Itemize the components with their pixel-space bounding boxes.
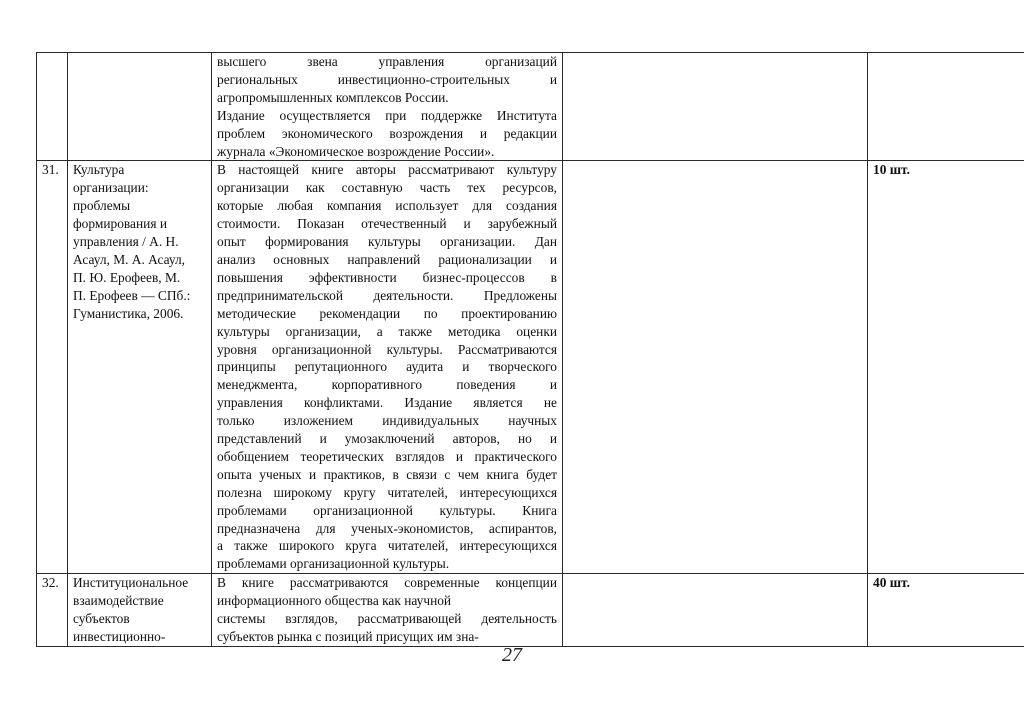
book-description-cell: В настоящей книге авторы рассматривают к… bbox=[212, 161, 563, 574]
description-line: предпринимательской деятельности. Предло… bbox=[217, 287, 557, 305]
row-number: 32. bbox=[37, 574, 68, 647]
description-line: проблемами организационной культуры. Кни… bbox=[217, 502, 557, 520]
description-line: методические рекомендации по проектирова… bbox=[217, 305, 557, 323]
description-line: информационного общества как научной bbox=[217, 592, 557, 610]
book-title-line: Асаул, М. А. Асаул, bbox=[73, 251, 206, 269]
description-line: принципы репутационного аудита и творчес… bbox=[217, 358, 557, 376]
book-description-cell: высшего звена управления организацийреги… bbox=[212, 53, 563, 161]
book-title-line: проблемы bbox=[73, 197, 206, 215]
quantity-cell: 40 шт. bbox=[868, 574, 1024, 647]
note-cell bbox=[563, 53, 868, 161]
description-line: организации как составную часть тех ресу… bbox=[217, 179, 557, 197]
description-line: а также широкого круга читателей, интере… bbox=[217, 537, 557, 555]
description-line: агропромышленных комплексов России. bbox=[217, 89, 557, 107]
book-title-line: управления / А. Н. bbox=[73, 233, 206, 251]
book-title-cell: Культураорганизации:проблемыформирования… bbox=[68, 161, 212, 574]
book-title-line: субъектов bbox=[73, 610, 206, 628]
row-number bbox=[37, 53, 68, 161]
book-title-line: Культура bbox=[73, 161, 206, 179]
description-line: представлений и умозаключений авторов, н… bbox=[217, 430, 557, 448]
book-title-line: Институциональное bbox=[73, 574, 206, 592]
description-line: опыт формирования культуры организации. … bbox=[217, 233, 557, 251]
book-list-table: высшего звена управления организацийреги… bbox=[36, 52, 1024, 647]
description-line: анализ основных направлений рационализац… bbox=[217, 251, 557, 269]
book-title-line: П. Ю. Ерофеев, М. bbox=[73, 269, 206, 287]
document-page: высшего звена управления организацийреги… bbox=[0, 0, 1024, 723]
book-title-line: Гуманистика, 2006. bbox=[73, 305, 206, 323]
row-number: 31. bbox=[37, 161, 68, 574]
book-description-cell: В книге рассматриваются современные конц… bbox=[212, 574, 563, 647]
table-row: высшего звена управления организацийреги… bbox=[37, 53, 1024, 161]
note-cell bbox=[563, 161, 868, 574]
description-line: менеджмента, корпоративного поведения и bbox=[217, 376, 557, 394]
table-row: 31.Культураорганизации:проблемыформирова… bbox=[37, 161, 1024, 574]
quantity-cell bbox=[868, 53, 1024, 161]
description-line: высшего звена управления организаций bbox=[217, 53, 557, 71]
description-line: уровня организационной культуры. Рассмат… bbox=[217, 341, 557, 359]
book-title-line: организации: bbox=[73, 179, 206, 197]
quantity-cell: 10 шт. bbox=[868, 161, 1024, 574]
description-line: предназначена для ученых-экономистов, ас… bbox=[217, 520, 557, 538]
description-line: проблем экономического возрождения и ред… bbox=[217, 125, 557, 143]
description-line: обобщением теоретических взглядов и прак… bbox=[217, 448, 557, 466]
description-line: управления конфликтами. Издание является… bbox=[217, 394, 557, 412]
book-title-cell: Институциональноевзаимодействиесубъектов… bbox=[68, 574, 212, 647]
description-line: повышения эффективности бизнес-процессов… bbox=[217, 269, 557, 287]
description-line: только изложением индивидуальных научных bbox=[217, 412, 557, 430]
description-line: полезна широкому кругу читателей, интере… bbox=[217, 484, 557, 502]
description-line: опыта ученых и практиков, в связи с чем … bbox=[217, 466, 557, 484]
book-title-line: формирования и bbox=[73, 215, 206, 233]
description-line: В настоящей книге авторы рассматривают к… bbox=[217, 161, 557, 179]
table-row: 32.Институциональноевзаимодействиесубъек… bbox=[37, 574, 1024, 647]
description-line: проблемами организационной культуры. bbox=[217, 555, 557, 573]
book-title-line: взаимодействие bbox=[73, 592, 206, 610]
description-line: системы взглядов, рассматривающей деятел… bbox=[217, 610, 557, 628]
page-number: 27 bbox=[0, 644, 1024, 667]
description-line: Издание осуществляется при поддержке Инс… bbox=[217, 107, 557, 125]
description-line: журнала «Экономическое возрождение Росси… bbox=[217, 143, 557, 161]
book-title-cell bbox=[68, 53, 212, 161]
note-cell bbox=[563, 574, 868, 647]
description-line: В книге рассматриваются современные конц… bbox=[217, 574, 557, 592]
description-line: культуры организации, а также методика о… bbox=[217, 323, 557, 341]
description-line: которые любая компания использует для со… bbox=[217, 197, 557, 215]
description-line: стоимости. Показан отечественный и заруб… bbox=[217, 215, 557, 233]
book-title-line: П. Ерофеев — СПб.: bbox=[73, 287, 206, 305]
description-line: региональных инвестиционно-строительных … bbox=[217, 71, 557, 89]
